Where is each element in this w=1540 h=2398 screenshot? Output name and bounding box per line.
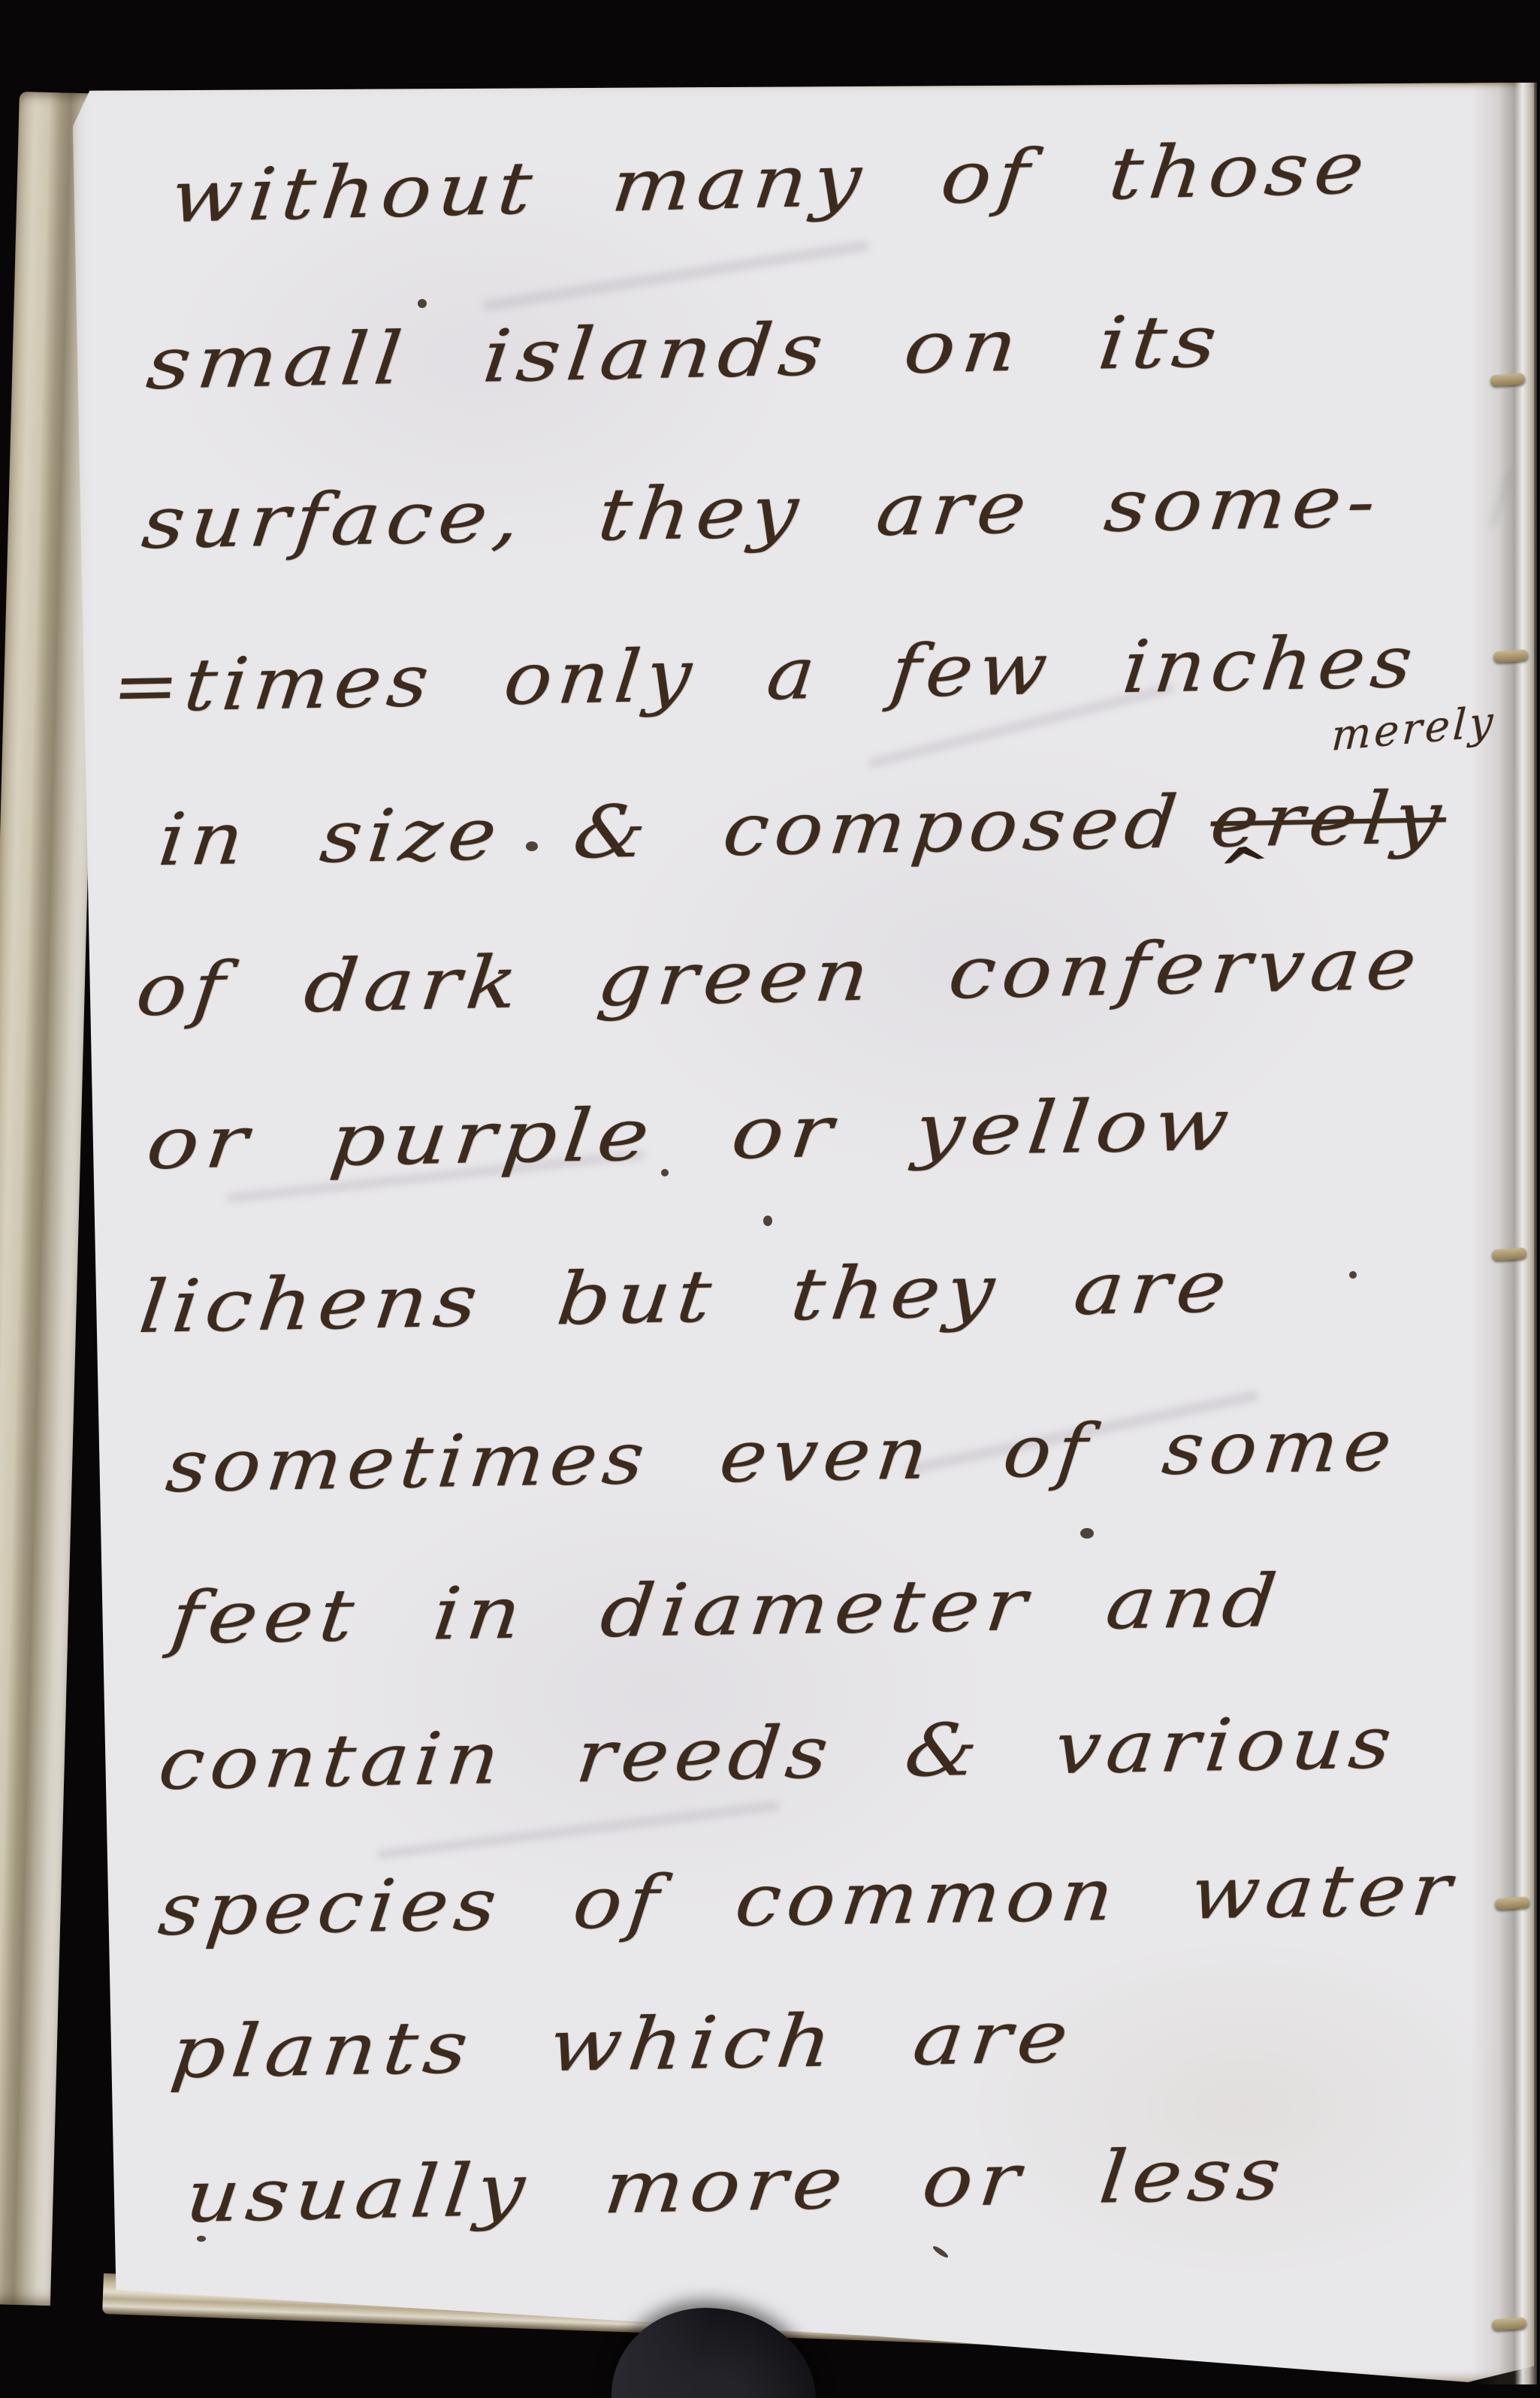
manuscript-line-text: in size & composed <box>155 780 1187 882</box>
binding-stitch <box>1492 1247 1527 1261</box>
binding-stitch <box>1495 1896 1530 1910</box>
manuscript-line: feet in diameter and <box>167 1559 1287 1660</box>
binding-stitch <box>1490 373 1526 386</box>
ink-blot <box>1080 1528 1094 1539</box>
manuscript-photo: without many of those small islands on i… <box>0 0 1540 2398</box>
binding-gutter <box>1471 83 1537 2384</box>
ink-speck <box>418 299 427 308</box>
binding-stitch <box>1493 649 1529 663</box>
manuscript-line: plants which are <box>167 1995 1078 2094</box>
ink-speck <box>763 1216 772 1226</box>
binding-stitch <box>1492 2317 1527 2330</box>
ink-speck <box>1349 1271 1357 1279</box>
caret-mark: ^ <box>1217 847 1273 885</box>
